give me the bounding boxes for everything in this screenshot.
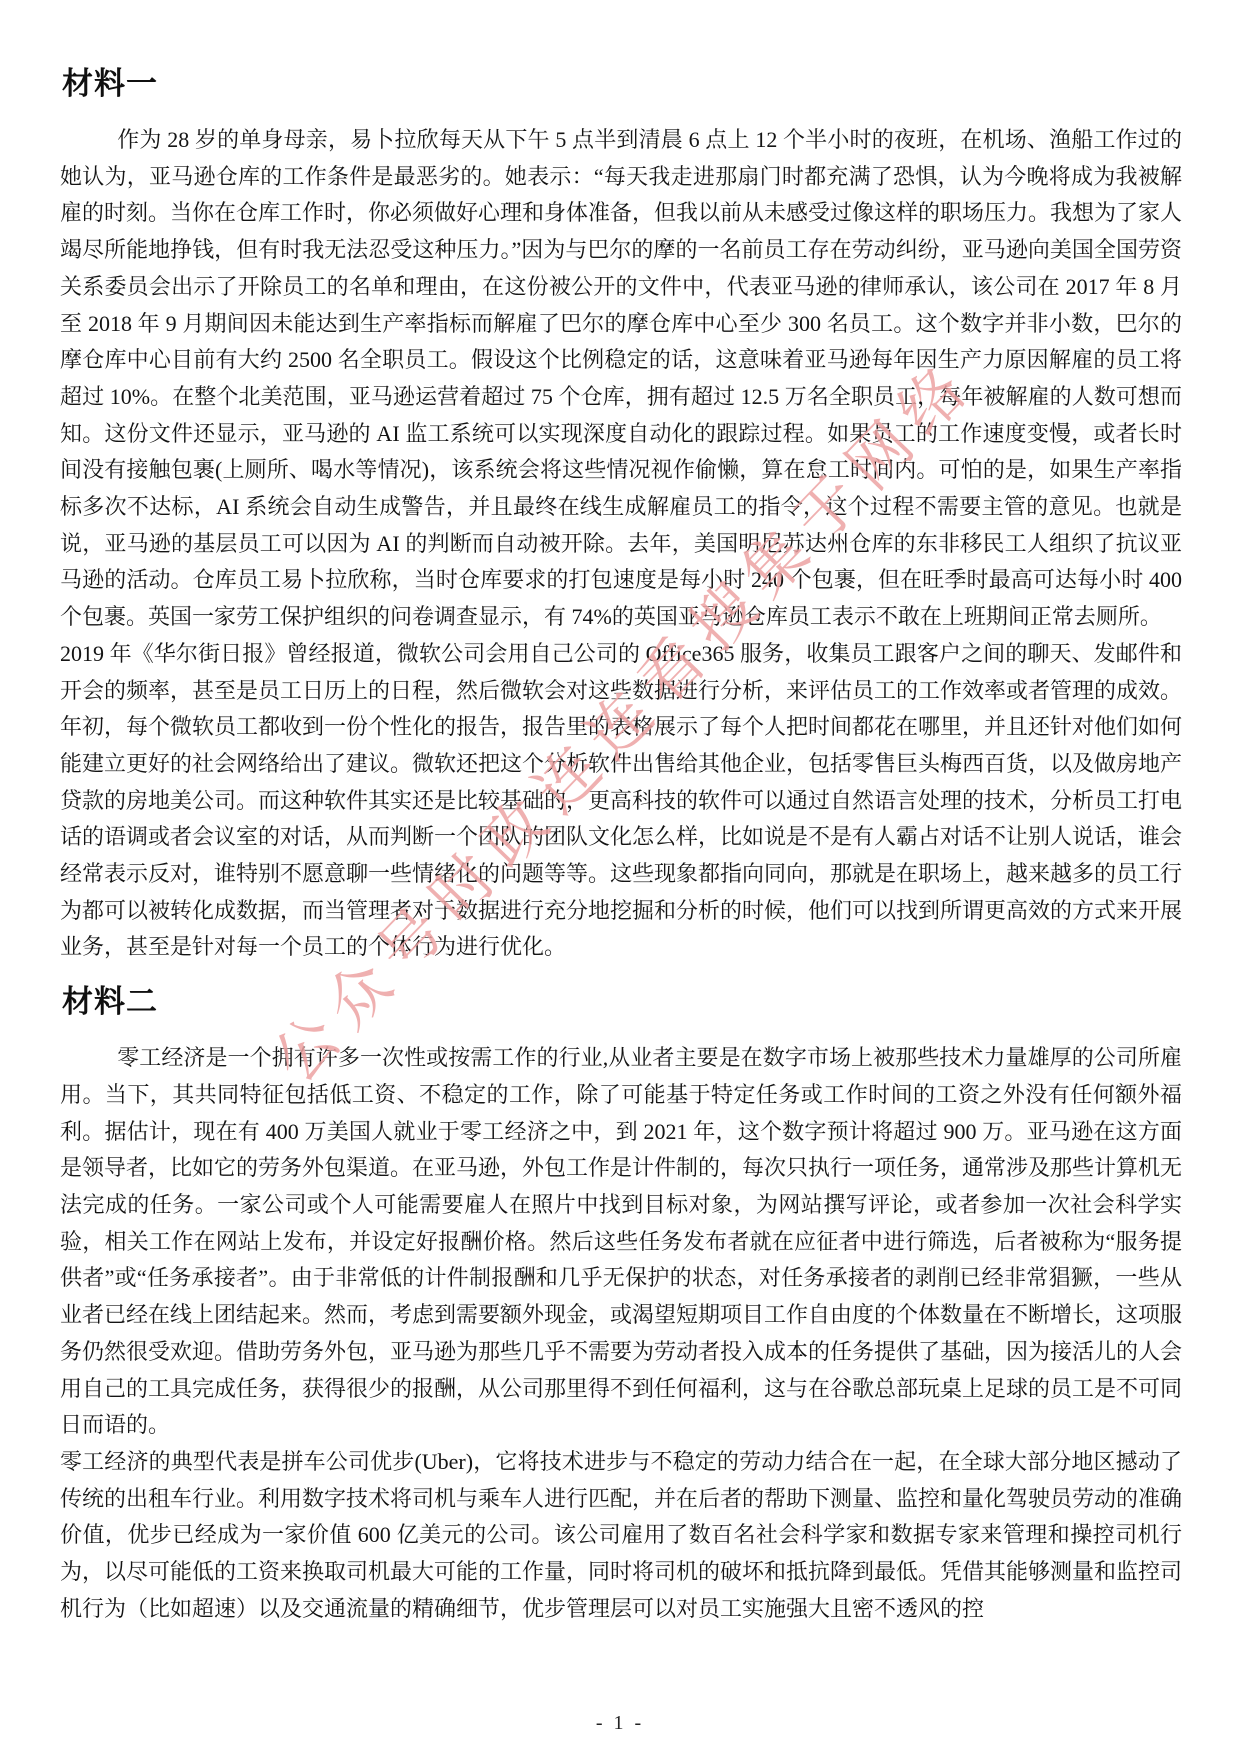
paragraph-gig-economy: 零工经济是一个拥有许多一次性或按需工作的行业,从业者主要是在数字市场上被那些技术… bbox=[60, 1040, 1182, 1444]
paragraph-uber: 零工经济的典型代表是拼车公司优步(Uber)，它将技术进步与不稳定的劳动力结合在… bbox=[60, 1444, 1182, 1628]
page-number: - 1 - bbox=[0, 1712, 1240, 1735]
scanned-document-page: { "watermark": { "text": "公众号时政连连看搜集于网络"… bbox=[0, 0, 1240, 1754]
section-heading-material-1: 材料一 bbox=[62, 64, 1182, 104]
document-body: 材料一 作为 28 岁的单身母亲，易卜拉欣每天从下午 5 点半到清晨 6 点上 … bbox=[0, 0, 1240, 1754]
paragraph-amazon-warehouse: 作为 28 岁的单身母亲，易卜拉欣每天从下午 5 点半到清晨 6 点上 12 个… bbox=[60, 122, 1182, 636]
section-heading-material-2: 材料二 bbox=[62, 982, 1182, 1022]
paragraph-microsoft-office365: 2019 年《华尔街日报》曾经报道，微软公司会用自己公司的 Office365 … bbox=[60, 636, 1182, 966]
